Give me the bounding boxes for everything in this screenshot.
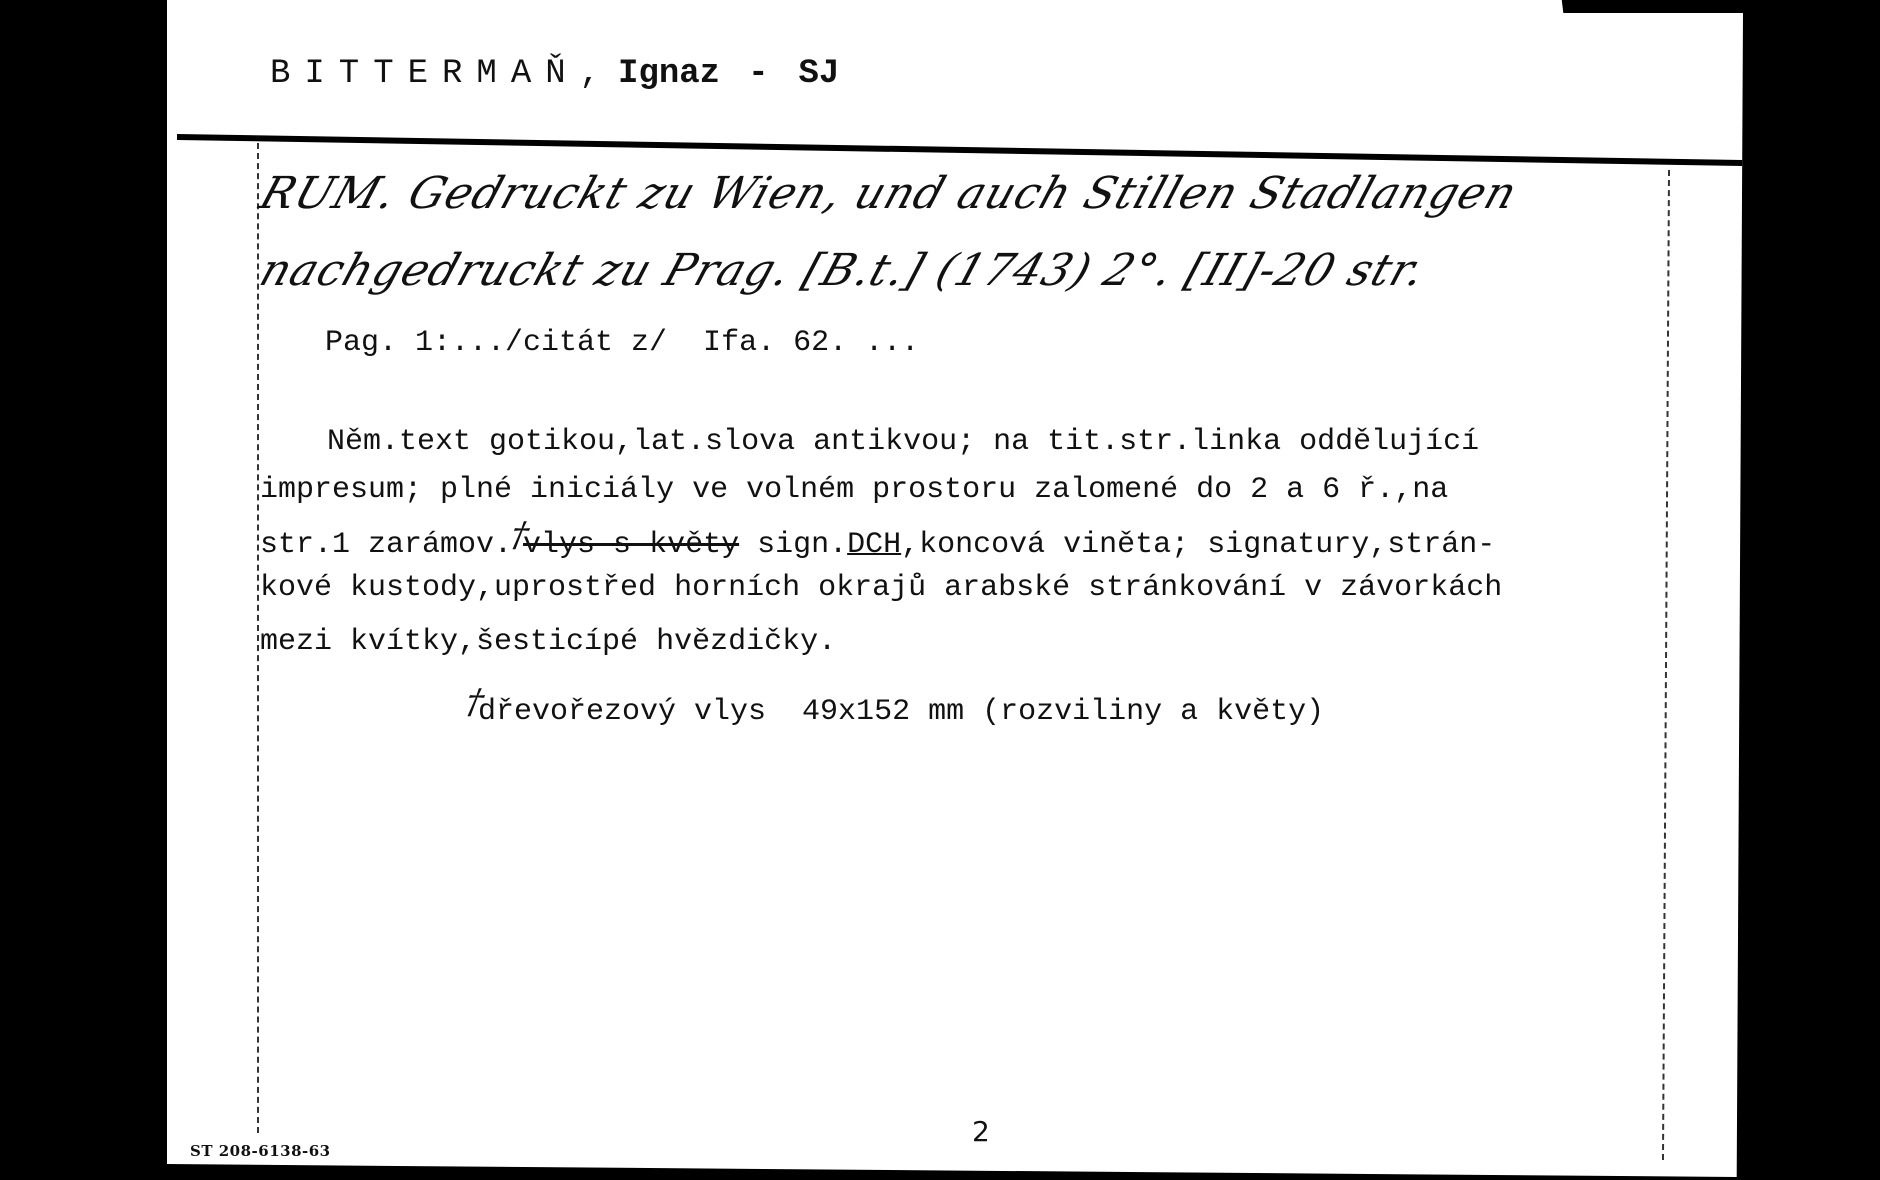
signature-code: DCH — [847, 528, 901, 562]
print-code: ST 208-6138-63 — [190, 1142, 331, 1160]
handwritten-title-line-2: nachgedruckt zu Prag. [B.t.] (1743) 2°. … — [254, 245, 1432, 296]
card-heading: BITTERMAŇ,Ignaz-SJ — [270, 55, 839, 93]
pagination-note: Pag. 1:.../citát z/ Ifa. 62. ... — [325, 326, 919, 360]
description-line-3: str.1 zarámov.†vlys s květy sign.DCH,kon… — [260, 521, 1495, 562]
description-text: str.1 zarámov. — [260, 528, 512, 562]
description-line-1: Něm.text gotikou,lat.slova antikvou; na … — [327, 425, 1479, 459]
page-number: 2 — [972, 1115, 990, 1148]
catalog-card: BITTERMAŇ,Ignaz-SJ RUM. Gedruckt zu Wien… — [167, 0, 1743, 1177]
heading-separator: - — [748, 55, 768, 93]
footnote: †dřevořezový vlys 49x152 mm (rozviliny a… — [467, 688, 1324, 729]
author-surname: BITTERMAŇ — [270, 55, 580, 93]
footnote-text: dřevořezový vlys 49x152 mm (rozviliny a … — [478, 695, 1324, 729]
description-text: ,koncová viněta; signatury,strán- — [901, 528, 1495, 562]
struck-text: vlys s květy — [523, 528, 739, 562]
right-margin-line — [1662, 170, 1670, 1160]
handwritten-title-line-1: RUM. Gedruckt zu Wien, und auch Stillen … — [254, 168, 1524, 219]
description-line-4: kové kustody,uprostřed horních okrajů ar… — [260, 571, 1502, 605]
religious-order: SJ — [798, 55, 839, 93]
description-line-2: impresum; plné iniciály ve volném prosto… — [260, 473, 1448, 507]
heading-comma: , — [580, 55, 600, 93]
heading-rule — [177, 134, 1743, 166]
description-text: sign. — [739, 528, 847, 562]
author-given-name: Ignaz — [618, 55, 720, 93]
description-line-5: mezi kvítky,šesticípé hvězdičky. — [260, 625, 836, 659]
